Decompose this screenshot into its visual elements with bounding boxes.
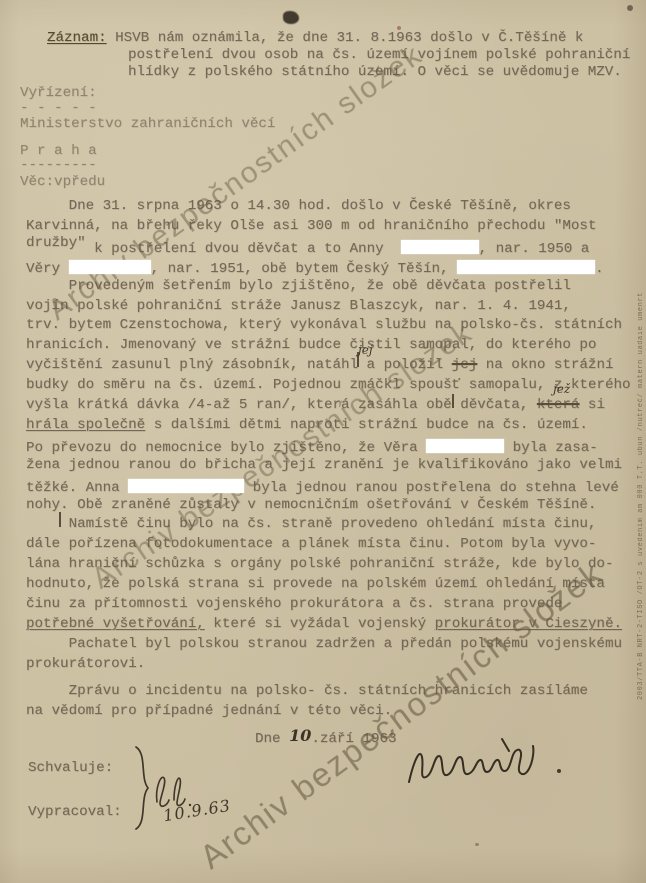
body-line: žena jednou ranou do břicha a její zraně…: [26, 457, 622, 474]
redaction-box: [426, 439, 504, 453]
text-segment: potřebné vyšetřování,: [26, 616, 205, 632]
text-segment: Věc:vpředu: [20, 174, 105, 190]
body-line: Zprávu o incidentu na polsko- čs. státní…: [26, 683, 588, 700]
redaction-box: [457, 260, 595, 274]
body-line: Dne 31. srpna 1963 o 14.30 hod. došlo v …: [26, 198, 571, 215]
text-segment: které si vyžádal vojenský: [205, 616, 435, 632]
dashed-rule: - - - - -: [20, 100, 97, 117]
subject-line: Věc:vpředu: [20, 174, 105, 191]
body-line: dále pořízena fotodokumentace a plánek m…: [26, 536, 596, 553]
text-segment: vyčištění zasunul plný zásobník, natáhl …: [26, 357, 452, 373]
text-segment: vojín polské pohraniční stráže Janusz Bl…: [26, 298, 571, 314]
text-segment: HSVB nám oznámila, že dne 31. 8.1963 doš…: [107, 30, 584, 46]
text-segment: nohy. Obě zraněné zůstaly v nemocničním …: [26, 497, 596, 513]
pen-caret-mark: [452, 394, 454, 408]
approved-by-label: Schvaluje:: [28, 760, 113, 777]
text-segment: hrála společně: [26, 417, 145, 433]
body-line: těžké. Anna byla jednou ranou postřelena…: [26, 477, 619, 497]
body-line: vyčištění zasunul plný zásobník, natáhl …: [26, 357, 613, 374]
paper-speck: [627, 5, 633, 11]
text-segment: hodnuto, že polská strana si provede na …: [26, 576, 605, 592]
text-segment: Zprávu o incidentu na polsko- čs. státní…: [26, 683, 588, 699]
body-line: prokurátorovi.: [26, 656, 145, 673]
text-segment: si: [579, 397, 605, 413]
text-segment: byla zasa-: [504, 440, 598, 456]
text-segment: Záznam:: [47, 30, 107, 46]
text-segment: dále pořízena fotodokumentace a plánek m…: [26, 536, 596, 552]
body-line: Namístě činu bylo na čs. straně proveden…: [26, 516, 596, 533]
text-segment: těžké. Anna: [26, 480, 128, 496]
body-line: nohy. Obě zraněné zůstaly v nemocničním …: [26, 497, 596, 514]
body-line: potřebné vyšetřování, které si vyžádal v…: [26, 616, 622, 633]
zaznam-header-line: postřelení dvou osob na čs. území vojíne…: [128, 47, 630, 64]
text-segment: byla jednou ranou postřelena do stehna l…: [244, 480, 619, 496]
signature-ink: [405, 730, 540, 792]
body-line: Pachatel byl polskou stranou zadržen a p…: [26, 636, 622, 653]
body-line: lána hraniční schůzka s orgány polské po…: [26, 556, 613, 573]
date-line: Dne 10.září 1963: [255, 728, 396, 748]
paper-speck: [475, 843, 479, 846]
pen-dot: [557, 769, 561, 773]
handwritten-insertion: jež: [553, 382, 570, 396]
text-segment: .září 1963: [311, 731, 396, 747]
prepared-by-label: Vypracoval:: [28, 804, 122, 821]
margin-archive-reference: 2003/TTA-B NRT-2-TISO /OT-2 s uvedením a…: [637, 140, 645, 700]
zaznam-header-line: Záznam: HSVB nám oznámila, že dne 31. 8.…: [47, 30, 583, 47]
text-segment: s dalšími dětmi naproti strážní budce na…: [145, 417, 588, 433]
text-segment: Schvaluje:: [28, 760, 113, 776]
text-segment: prokurátor v Cieszyně.: [435, 616, 622, 632]
pen-caret-mark: [357, 352, 359, 367]
text-segment: činu za přítomnosti vojenského prokuráto…: [26, 596, 562, 612]
text-segment: prokurátorovi.: [26, 656, 145, 672]
body-line: Provedeným šetřením bylo zjištěno, že ob…: [26, 278, 571, 295]
text-segment: Po převozu do nemocnice bylo zjištěno, ž…: [26, 440, 426, 456]
text-segment: hranicích. Jmenovaný ve strážní budce či…: [26, 337, 596, 353]
text-segment: trv. bytem Czenstochowa, který vykonával…: [26, 317, 622, 333]
text-segment: vyšla krátká dávka /4-až 5 ran/, která z…: [26, 397, 537, 413]
text-segment: která: [537, 397, 580, 413]
handwritten-initials: [150, 770, 194, 814]
handwritten-insertion: jej: [358, 343, 373, 357]
body-line: Po převozu do nemocnice bylo zjištěno, ž…: [26, 437, 598, 457]
redaction-box: [128, 479, 244, 493]
text-segment: na okno strážní: [477, 357, 613, 373]
body-line: hranicích. Jmenovaný ve strážní budce či…: [26, 337, 596, 354]
body-line: družby" k postřelení dvou děvčat a to An…: [26, 238, 589, 258]
text-segment: , nar. 1951, obě bytem Český Těšín,: [151, 261, 458, 277]
text-segment: , nar. 1950 a: [479, 241, 590, 257]
text-segment: budky do směru na čs. území. Pojednou zm…: [26, 377, 631, 393]
text-segment: Dne 31. srpna 1963 o 14.30 hod. došlo v …: [26, 198, 571, 214]
redaction-box: [69, 260, 151, 274]
text-segment: k postřelení dvou děvčat a to Anny: [86, 241, 401, 257]
addressee-line: Ministerstvo zahraničních věcí: [20, 116, 275, 133]
body-line: hrála společně s dalšími dětmi naproti s…: [26, 417, 588, 434]
body-line: budky do směru na čs. území. Pojednou zm…: [26, 377, 631, 394]
text-segment: jej: [452, 357, 478, 373]
dashed-rule: ---------: [20, 157, 97, 174]
text-segment: Provedeným šetřením bylo zjištěno, že ob…: [26, 278, 571, 294]
body-line: trv. bytem Czenstochowa, který vykonával…: [26, 317, 622, 334]
text-segment: Vypracoval:: [28, 804, 122, 820]
body-line: Karvinná, na břehu řeky Olše asi 300 m o…: [26, 218, 596, 235]
body-line: vojín polské pohraniční stráže Janusz Bl…: [26, 298, 571, 315]
body-line: vyšla krátká dávka /4-až 5 ran/, která z…: [26, 397, 605, 414]
body-line: hodnuto, že polská strana si provede na …: [26, 576, 605, 593]
text-segment: Vyřízení:: [20, 85, 97, 101]
zaznam-header-line: hlídky z polského státního území. O věci…: [128, 64, 622, 81]
text-segment: .: [595, 261, 604, 277]
body-line: Věry , nar. 1951, obě bytem Český Těšín,…: [26, 258, 604, 278]
body-line: na vědomí pro případné jednání v této vě…: [26, 703, 392, 720]
scanned-document-page: Archiv bezpečnostních složek Archiv bezp…: [0, 0, 646, 883]
text-segment: na vědomí pro případné jednání v této vě…: [26, 703, 392, 719]
text-segment: hlídky z polského státního území. O věci…: [128, 64, 622, 80]
text-segment: Karvinná, na břehu řeky Olše asi 300 m o…: [26, 218, 596, 234]
text-segment: Pachatel byl polskou stranou zadržen a p…: [26, 636, 622, 652]
text-segment: Namístě činu bylo na čs. straně proveden…: [26, 516, 596, 532]
text-segment: ---------: [20, 157, 97, 173]
text-segment: družby": [26, 235, 86, 251]
redaction-box: [401, 240, 479, 254]
body-line: činu za přítomnosti vojenského prokuráto…: [26, 596, 562, 613]
text-segment: 10: [289, 727, 311, 744]
text-segment: Ministerstvo zahraničních věcí: [20, 116, 275, 132]
text-segment: Věry: [26, 261, 69, 277]
text-segment: žena jednou ranou do břicha a její zraně…: [26, 457, 622, 473]
ink-blot: [283, 11, 299, 24]
pen-caret-mark: [59, 512, 61, 527]
paper-speck: [397, 26, 401, 30]
text-segment: postřelení dvou osob na čs. území vojíne…: [128, 47, 630, 63]
text-segment: - - - - -: [20, 100, 97, 116]
text-segment: Dne: [255, 731, 289, 747]
text-segment: lána hraniční schůzka s orgány polské po…: [26, 556, 613, 572]
